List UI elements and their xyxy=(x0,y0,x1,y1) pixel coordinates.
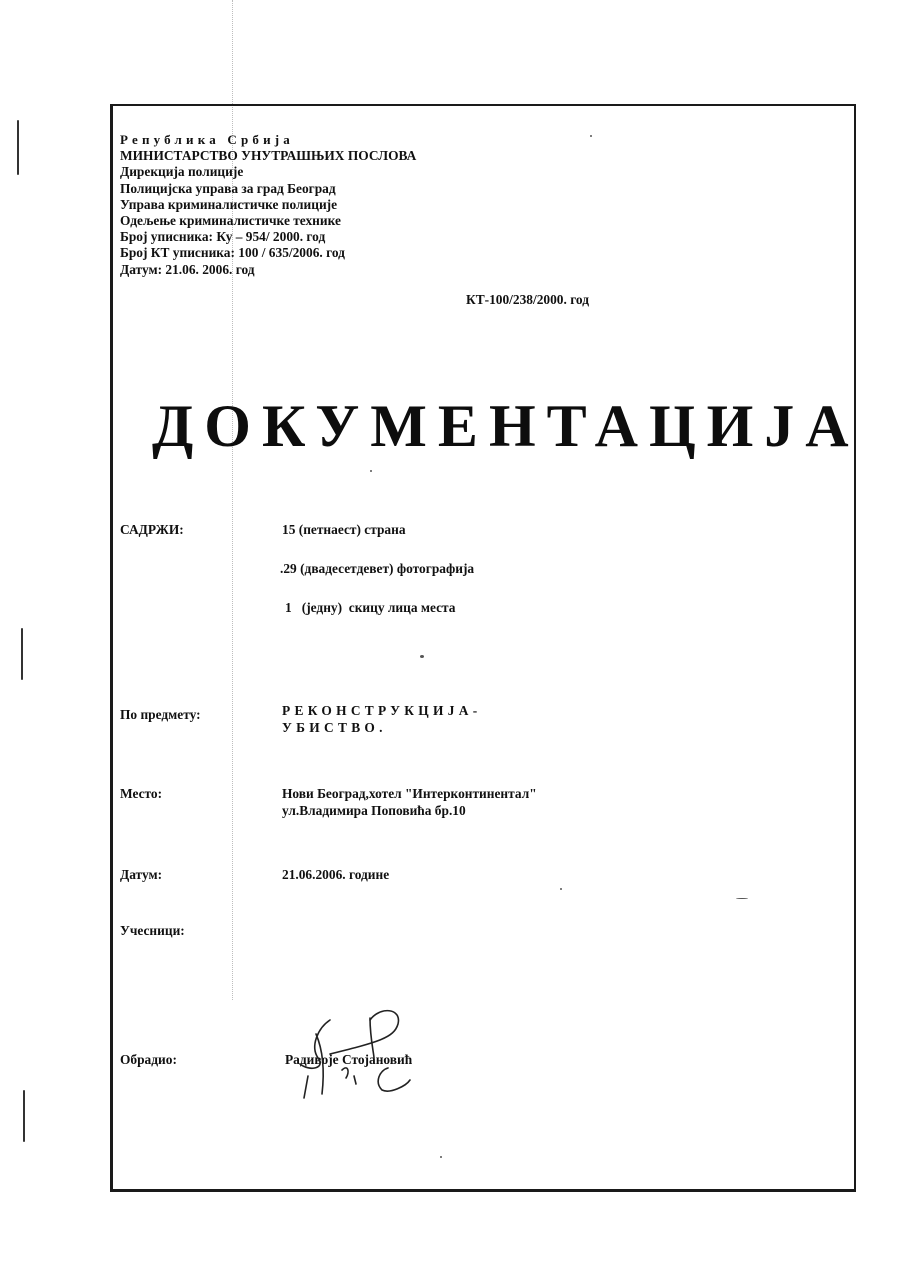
place-line-2: ул.Владимира Поповића бр.10 xyxy=(282,803,537,820)
contents-item-pages: 15 (петнаест) страна xyxy=(282,522,406,539)
participants-label: Учесници: xyxy=(120,923,185,939)
contents-label: САДРЖИ: xyxy=(120,522,184,538)
scan-speck xyxy=(420,655,424,658)
ministry-line: МИНИСТАРСТВО УНУТРАШЊИХ ПОСЛОВА xyxy=(120,148,416,164)
kt-reference: КТ-100/238/2000. год xyxy=(466,292,589,308)
scan-speck xyxy=(370,470,372,472)
subject-line-2: УБИСТВО. xyxy=(282,720,481,737)
criminal-police-line: Управа криминалистичке полиције xyxy=(120,197,416,213)
binder-mark-top xyxy=(17,120,19,175)
register-number: Број уписника: Ку – 954/ 2000. год xyxy=(120,229,416,245)
processed-by-label: Обрадио: xyxy=(120,1052,177,1068)
scan-speck xyxy=(590,135,592,137)
header-date: Датум: 21.06. 2006. год xyxy=(120,262,416,278)
department-line: Одељење криминалистичке технике xyxy=(120,213,416,229)
page-title: ДОКУМЕНТАЦИЈА xyxy=(152,392,860,461)
signature-scrawl xyxy=(270,998,470,1108)
scan-speck xyxy=(560,888,562,890)
republic-line: Република Србија xyxy=(120,132,416,148)
place-line-1: Нови Београд,хотел "Интерконтинентал" xyxy=(282,786,537,803)
subject-line-1: РЕКОНСТРУКЦИЈА- xyxy=(282,703,481,720)
contents-item-photos: .29 (двадесетдевет) фотографија xyxy=(280,561,474,578)
place-value: Нови Београд,хотел "Интерконтинентал" ул… xyxy=(282,786,537,819)
subject-value: РЕКОНСТРУКЦИЈА- УБИСТВО. xyxy=(282,703,481,736)
directorate-line: Дирекција полиције xyxy=(120,164,416,180)
police-admin-line: Полицијска управа за град Београд xyxy=(120,181,416,197)
date-label: Датум: xyxy=(120,867,162,883)
date-value: 21.06.2006. године xyxy=(282,867,389,884)
letterhead: Република Србија МИНИСТАРСТВО УНУТРАШЊИХ… xyxy=(120,132,416,278)
subject-label: По предмету: xyxy=(120,707,201,723)
kt-register-number: Број КТ уписника: 100 / 635/2006. год xyxy=(120,245,416,261)
scan-speck xyxy=(736,898,748,899)
scan-speck xyxy=(440,1156,442,1158)
binder-mark-middle xyxy=(21,628,23,680)
binder-mark-bottom xyxy=(23,1090,25,1142)
place-label: Место: xyxy=(120,786,162,802)
contents-item-sketch: 1 (једну) скицу лица места xyxy=(285,600,456,617)
